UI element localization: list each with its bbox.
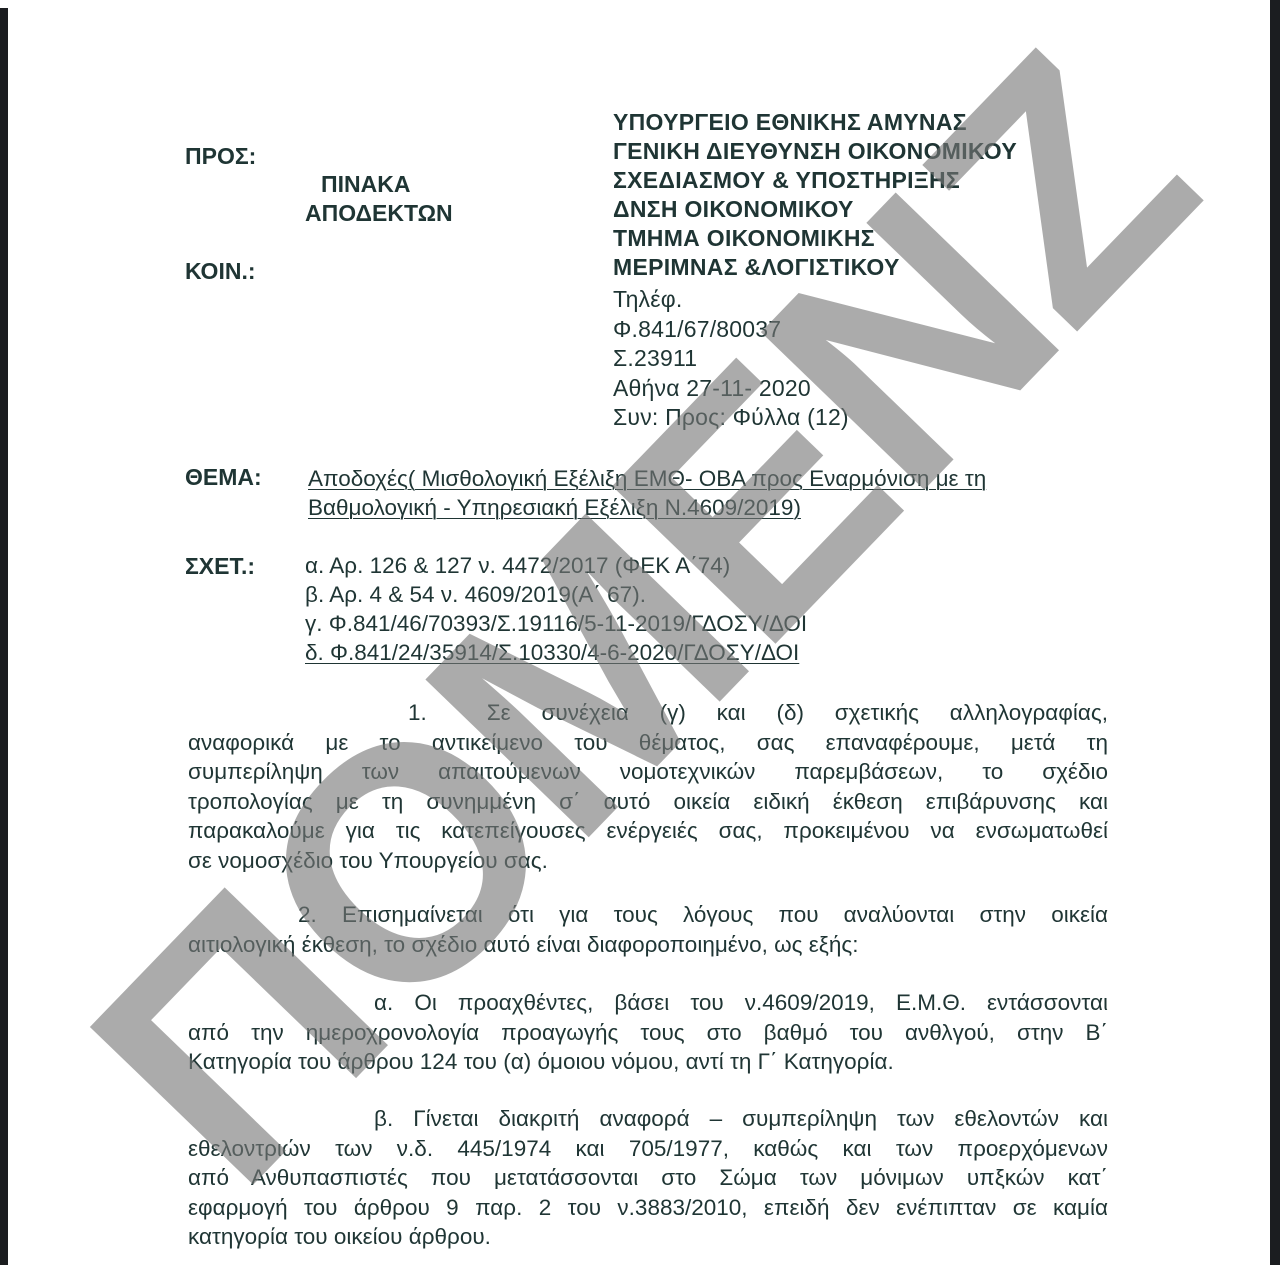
sender-line: ΤΜΗΜΑ ΟΙΚΟΝΟΜΙΚΗΣ [613, 224, 1017, 253]
paragraph-line: Κατηγορία του άρθρου 124 του (α) όμοιου … [188, 1047, 1108, 1077]
place-date: Αθήνα 27-11- 2020 [613, 374, 849, 404]
sender-line: ΥΠΟΥΡΓΕΙΟ ΕΘΝΙΚΗΣ ΑΜΥΝΑΣ [613, 108, 1017, 137]
subject-line1: Αποδοχές( Μισθολογική Εξέλιξη ΕΜΘ- ΟΒΑ π… [308, 464, 986, 493]
sender-line: ΣΧΕΔΙΑΣΜΟΥ & ΥΠΟΣΤΗΡΙΞΗΣ [613, 166, 1017, 195]
paragraph-2: 2. Επισημαίνεται ότι για τους λόγους που… [188, 900, 1108, 959]
paragraph-2b: β. Γίνεται διακριτή αναφορά – συμπερίληψ… [188, 1104, 1108, 1252]
paragraph-1: 1.Σε συνέχεια (γ) και (δ) σχετικής αλληλ… [188, 698, 1108, 875]
paragraph-line: 1.Σε συνέχεια (γ) και (δ) σχετικής αλληλ… [188, 698, 1108, 728]
reference-item: β. Αρ. 4 & 54 ν. 4609/2019(Α΄ 67). [305, 580, 807, 609]
paragraph-2a: α. Οι προαχθέντες, βάσει του ν.4609/2019… [188, 988, 1108, 1077]
to-label: ΠΡΟΣ: [185, 143, 256, 170]
paragraph-line: αιτιολογική έκθεση, το σχέδιο αυτό είναι… [188, 930, 1108, 960]
subject-label: ΘΕΜΑ: [185, 464, 262, 491]
sender-line: ΜΕΡΙΜΝΑΣ &ΛΟΓΙΣΤΙΚΟΥ [613, 253, 1017, 282]
sender-line: ΓΕΝΙΚΗ ΔΙΕΥΘΥΝΣΗ ΟΙΚΟΝΟΜΙΚΟΥ [613, 137, 1017, 166]
paragraph-line: αναφορικά με το αντικείμενο του θέματος,… [188, 728, 1108, 758]
right-edge-bar [1270, 0, 1280, 1265]
reference-item: γ. Φ.841/46/70393/Σ.19116/5-11-2019/ΓΔΟΣ… [305, 609, 807, 638]
to-value-line2: ΑΠΟΔΕΚΤΩΝ [305, 200, 453, 227]
sender-line: ΔΝΣΗ ΟΙΚΟΝΟΜΙΚΟΥ [613, 195, 1017, 224]
paragraph-line: σε νομοσχέδιο του Υπουργείου σας. [188, 846, 1108, 876]
paragraph-line: τροπολογίας με τη συνημμένη σ΄ αυτό οικε… [188, 787, 1108, 817]
attachments: Συν: Προς: Φύλλα (12) [613, 403, 849, 433]
paragraph-line: συμπερίληψη των απαιτούμενων νομοτεχνικώ… [188, 757, 1108, 787]
cc-label: ΚΟΙΝ.: [185, 258, 256, 285]
references-label: ΣΧΕΤ.: [185, 553, 255, 580]
paragraph-line: εθελοντριών των ν.δ. 445/1974 και 705/19… [188, 1134, 1108, 1164]
serial-number: Σ.23911 [613, 344, 849, 374]
reference-item: δ. Φ.841/24/35914/Σ.10330/4-6-2020/ΓΔΟΣΥ… [305, 638, 799, 667]
paragraph-line: β. Γίνεται διακριτή αναφορά – συμπερίληψ… [188, 1104, 1108, 1134]
paragraph-line: 2. Επισημαίνεται ότι για τους λόγους που… [188, 900, 1108, 930]
sender-block: ΥΠΟΥΡΓΕΙΟ ΕΘΝΙΚΗΣ ΑΜΥΝΑΣ ΓΕΝΙΚΗ ΔΙΕΥΘΥΝΣ… [613, 108, 1017, 282]
subject-line2: Βαθμολογική - Υπηρεσιακή Εξέλιξη Ν.4609/… [308, 493, 801, 522]
paragraph-line: εφαρμογή του άρθρου 9 παρ. 2 του ν.3883/… [188, 1193, 1108, 1223]
phone-label: Τηλέφ. [613, 285, 849, 315]
paragraph-number: 1. [408, 700, 427, 725]
paragraph-line: α. Οι προαχθέντες, βάσει του ν.4609/2019… [188, 988, 1108, 1018]
references-list: α. Αρ. 126 & 127 ν. 4472/2017 (ΦΕΚ Α΄74)… [305, 551, 807, 667]
left-edge-bar [0, 8, 8, 1265]
paragraph-line: παρακαλούμε για τις κατεπείγουσες ενέργε… [188, 816, 1108, 846]
reference-item: α. Αρ. 126 & 127 ν. 4472/2017 (ΦΕΚ Α΄74) [305, 551, 807, 580]
paragraph-line: από Ανθυπασπιστές που μετατάσσονται στο … [188, 1163, 1108, 1193]
to-value-line1: ΠΙΝΑΚΑ [321, 171, 410, 198]
document-page: ΠΡΟΣ: ΠΙΝΑΚΑ ΑΠΟΔΕΚΤΩΝ ΚΟΙΝ.: ΥΠΟΥΡΓΕΙΟ … [8, 0, 1270, 1265]
paragraph-line: από την ημεροχρονολογία προαγωγής τους σ… [188, 1018, 1108, 1048]
file-number: Φ.841/67/80037 [613, 315, 849, 345]
paragraph-line: κατηγορία του οικείου άρθρου. [188, 1222, 1108, 1252]
subject-text: Αποδοχές( Μισθολογική Εξέλιξη ΕΜΘ- ΟΒΑ π… [308, 464, 986, 522]
document-meta: Τηλέφ. Φ.841/67/80037 Σ.23911 Αθήνα 27-1… [613, 285, 849, 433]
